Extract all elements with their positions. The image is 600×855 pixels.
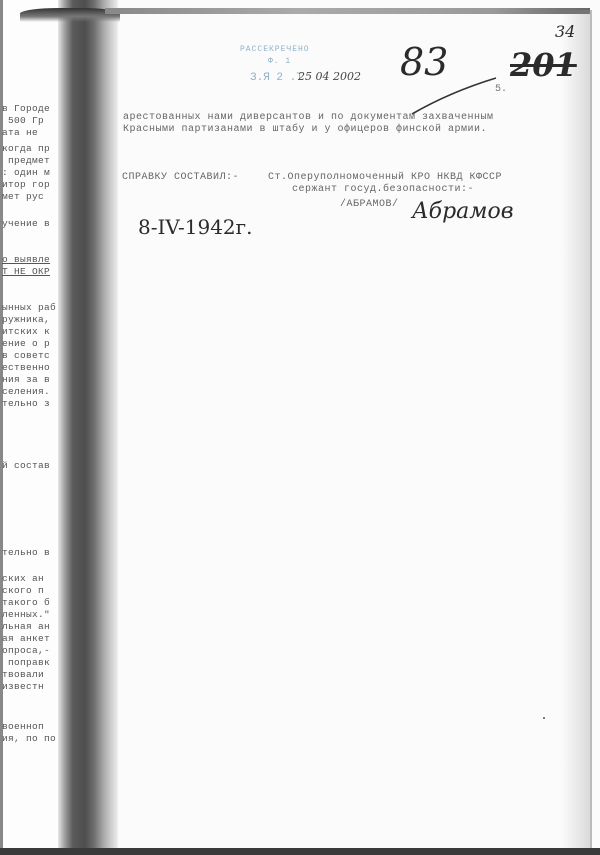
page-number-new: 34 (555, 22, 575, 41)
left-fragment: когда пр (2, 143, 50, 155)
left-fragment: ленных." (2, 609, 50, 621)
left-fragment: о выявле (2, 254, 50, 266)
left-fragment: поправк (2, 657, 50, 669)
body-line: Красными партизанами в штабу и у офицеро… (123, 124, 487, 135)
signature: Абрамов (412, 199, 514, 224)
left-fragment: тельно в (2, 547, 50, 559)
page-number-prefix: 5. (495, 84, 507, 95)
officer-title-line-1: Ст.Оперуполномоченный КРО НКВД КФССР (268, 172, 502, 183)
left-fragment: опроса,- (2, 645, 50, 657)
handwritten-date: 8-IV-1942г. (138, 215, 252, 239)
left-fragment: тельно з (2, 398, 50, 410)
stamp-date-prefix: З.Я 2 .Т (250, 72, 303, 84)
left-fragment: ских ан (2, 573, 44, 585)
left-fragment: ского п (2, 585, 44, 597)
left-fragment: учение в (2, 218, 50, 230)
right-edge-shade (562, 10, 592, 848)
left-fragment: военноп (2, 721, 44, 733)
left-fragment: итских к (2, 326, 50, 338)
speck (543, 717, 545, 719)
left-fragment: в советс (2, 350, 50, 362)
stamp-line-1: РАССЕКРЕЧЕНО (240, 45, 310, 54)
book-gutter-shadow (58, 0, 118, 848)
right-page-edge (590, 10, 592, 848)
left-fragment: 500 Гр (2, 115, 44, 127)
left-fragment: ата не (2, 127, 38, 139)
compiled-by-label: СПРАВКУ СОСТАВИЛ:- (122, 172, 239, 183)
left-fragment: в Городе (2, 103, 50, 115)
left-fragment: селения. (2, 386, 50, 398)
left-fragment: предмет (2, 155, 50, 167)
left-fragment: такого б (2, 597, 50, 609)
left-fragment: ынных раб (2, 302, 56, 314)
stamp-line-2: Ф. 1 (268, 57, 291, 66)
pen-stroke (410, 72, 500, 117)
left-fragment: ая анкет (2, 633, 50, 645)
left-fragment: ение о р (2, 338, 50, 350)
left-fragment: ия, по по (2, 733, 56, 745)
left-fragment: твовали (2, 669, 44, 681)
left-fragment: льная ан (2, 621, 50, 633)
left-fragment: ния за в (2, 374, 50, 386)
left-fragment: ружника, (2, 314, 50, 326)
page-number-struck: 201 (510, 46, 577, 84)
document-scan: в Городе 500 Гр ата не когда пр предмет … (0, 0, 600, 848)
left-fragment: известн (2, 681, 44, 693)
officer-name: /АБРАМОВ/ (340, 199, 399, 210)
left-fragment: ественно (2, 362, 50, 374)
left-fragment: итор гор (2, 179, 50, 191)
left-fragment: й состав (2, 460, 50, 472)
officer-title-line-2: сержант госуд.безопасности:- (292, 184, 474, 195)
stamp-date-handwritten: 25 04 2002 (298, 70, 361, 83)
left-fragment: Т НЕ ОКР (2, 266, 50, 278)
left-fragment: мет рус (2, 191, 44, 203)
page-top-edge (105, 8, 590, 14)
left-fragment: : один м (2, 167, 50, 179)
scan-bottom-border (0, 848, 600, 855)
body-line: арестованных нами диверсантов и по докум… (123, 112, 494, 123)
